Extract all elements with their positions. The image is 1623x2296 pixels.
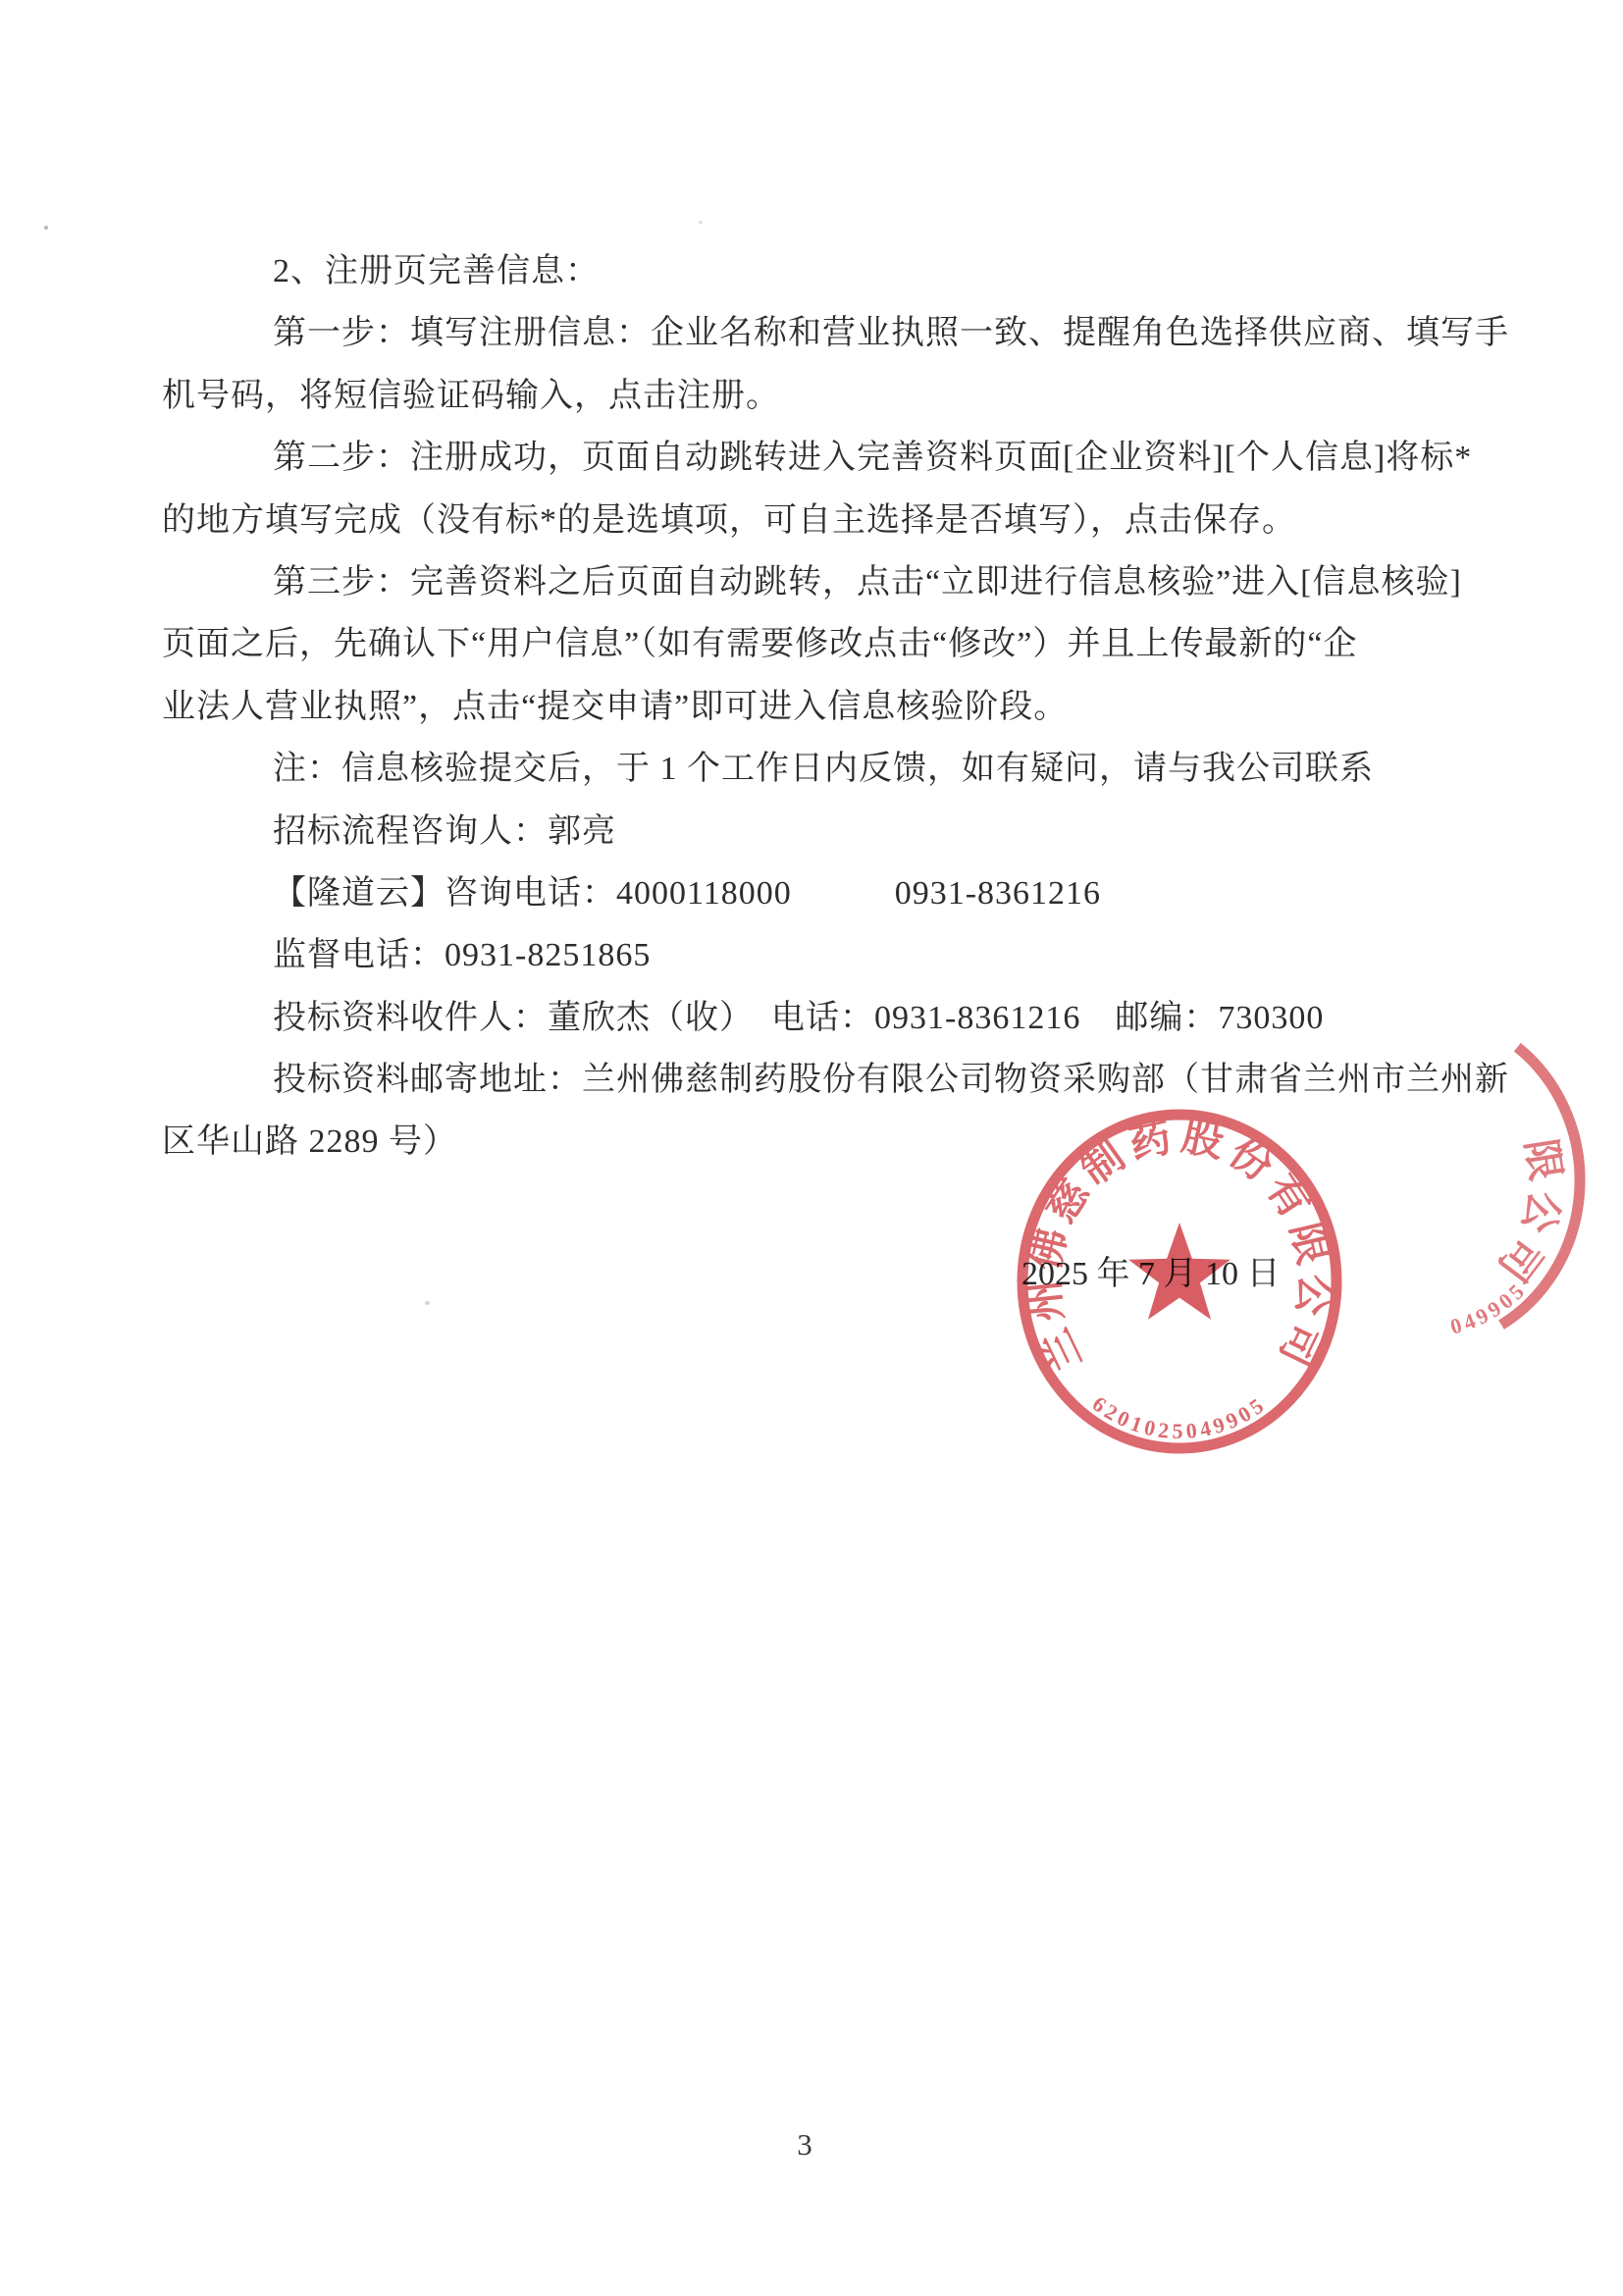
text-line: 【隆道云】咨询电话：4000118000 0931-8361216 (162, 862, 1473, 924)
scan-speck (699, 221, 703, 224)
partial-seal-char: 司 (1489, 1228, 1549, 1288)
partial-seal-stamp: 限 公 司 049905 (1246, 994, 1599, 1367)
text-line: 监督电话：0931-8251865 (162, 924, 1473, 986)
page: 2、注册页完善信息：第一步：填写注册信息：企业名称和营业执照一致、提醒角色选择供… (0, 0, 1623, 2296)
scan-speck (425, 1301, 430, 1305)
scan-speck (44, 226, 48, 230)
seal-star-icon (1128, 1223, 1230, 1320)
text-line: 机号码，将短信验证码输入，点击注册。 (162, 365, 1473, 427)
page-number: 3 (785, 2127, 824, 2163)
text-line: 注：信息核验提交后，于 1 个工作日内反馈，如有疑问，请与我公司联系 (162, 738, 1473, 800)
text-line: 业法人营业执照”，点击“提交申请”即可进入信息核验阶段。 (162, 676, 1473, 738)
text-line: 第一步：填写注册信息：企业名称和营业执照一致、提醒角色选择供应商、填写手 (162, 302, 1473, 364)
text-line: 页面之后，先确认下“用户信息”（如有需要修改点击“修改”）并且上传最新的“企 (162, 613, 1473, 675)
text-line: 第三步：完善资料之后页面自动跳转，点击“立即进行信息核验”进入[信息核验] (162, 551, 1473, 613)
partial-seal-char: 公 (1513, 1186, 1567, 1237)
text-line: 2、注册页完善信息： (162, 240, 1473, 302)
text-line: 招标流程咨询人：郭亮 (162, 801, 1473, 862)
text-line: 第二步：注册成功，页面自动跳转进入完善资料页面[企业资料][个人信息]将标* (162, 427, 1473, 489)
text-line: 的地方填写完成（没有标*的是选填项，可自主选择是否填写），点击保存。 (162, 490, 1473, 551)
partial-seal-char: 限 (1516, 1136, 1567, 1184)
